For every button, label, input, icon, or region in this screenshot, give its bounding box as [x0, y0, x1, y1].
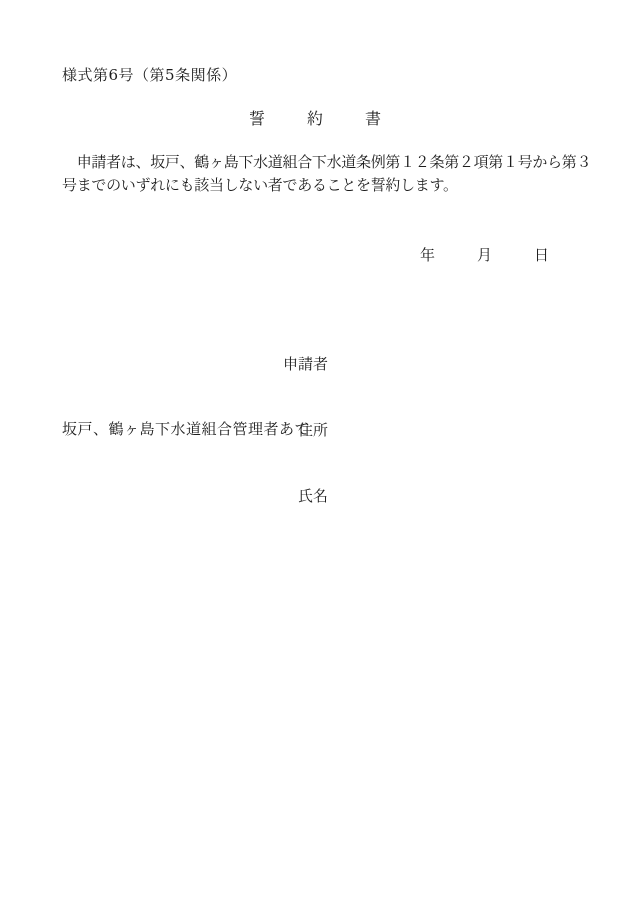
pledge-body-line-1: 申請者は、坂戸、鶴ヶ島下水道組合下水道条例第１２条第２項第１号から第３	[62, 151, 592, 174]
pledge-form-page: 様式第6号（第5条関係） 誓 約 書 申請者は、坂戸、鶴ヶ島下水道組合下水道条例…	[0, 0, 630, 903]
title-char-2: 約	[307, 106, 323, 129]
pledge-body: 申請者は、坂戸、鶴ヶ島下水道組合下水道条例第１２条第２項第１号から第３ 号までの…	[62, 151, 592, 197]
date-line: 年 月 日	[420, 244, 549, 265]
day-label: 日	[534, 244, 549, 265]
pledge-body-line-2: 号までのいずれにも該当しない者であることを誓約します。	[62, 174, 592, 197]
form-number: 様式第6号（第5条関係）	[62, 64, 237, 85]
name-label: 氏名	[283, 485, 328, 507]
title-char-1: 誓	[249, 106, 265, 129]
year-label: 年	[420, 244, 435, 265]
addressee-line: 坂戸、鶴ヶ島下水道組合管理者あて	[62, 418, 310, 439]
document-title: 誓 約 書	[0, 106, 630, 129]
applicant-label: 申請者	[283, 353, 328, 375]
title-char-3: 書	[365, 106, 381, 129]
month-label: 月	[477, 244, 492, 265]
